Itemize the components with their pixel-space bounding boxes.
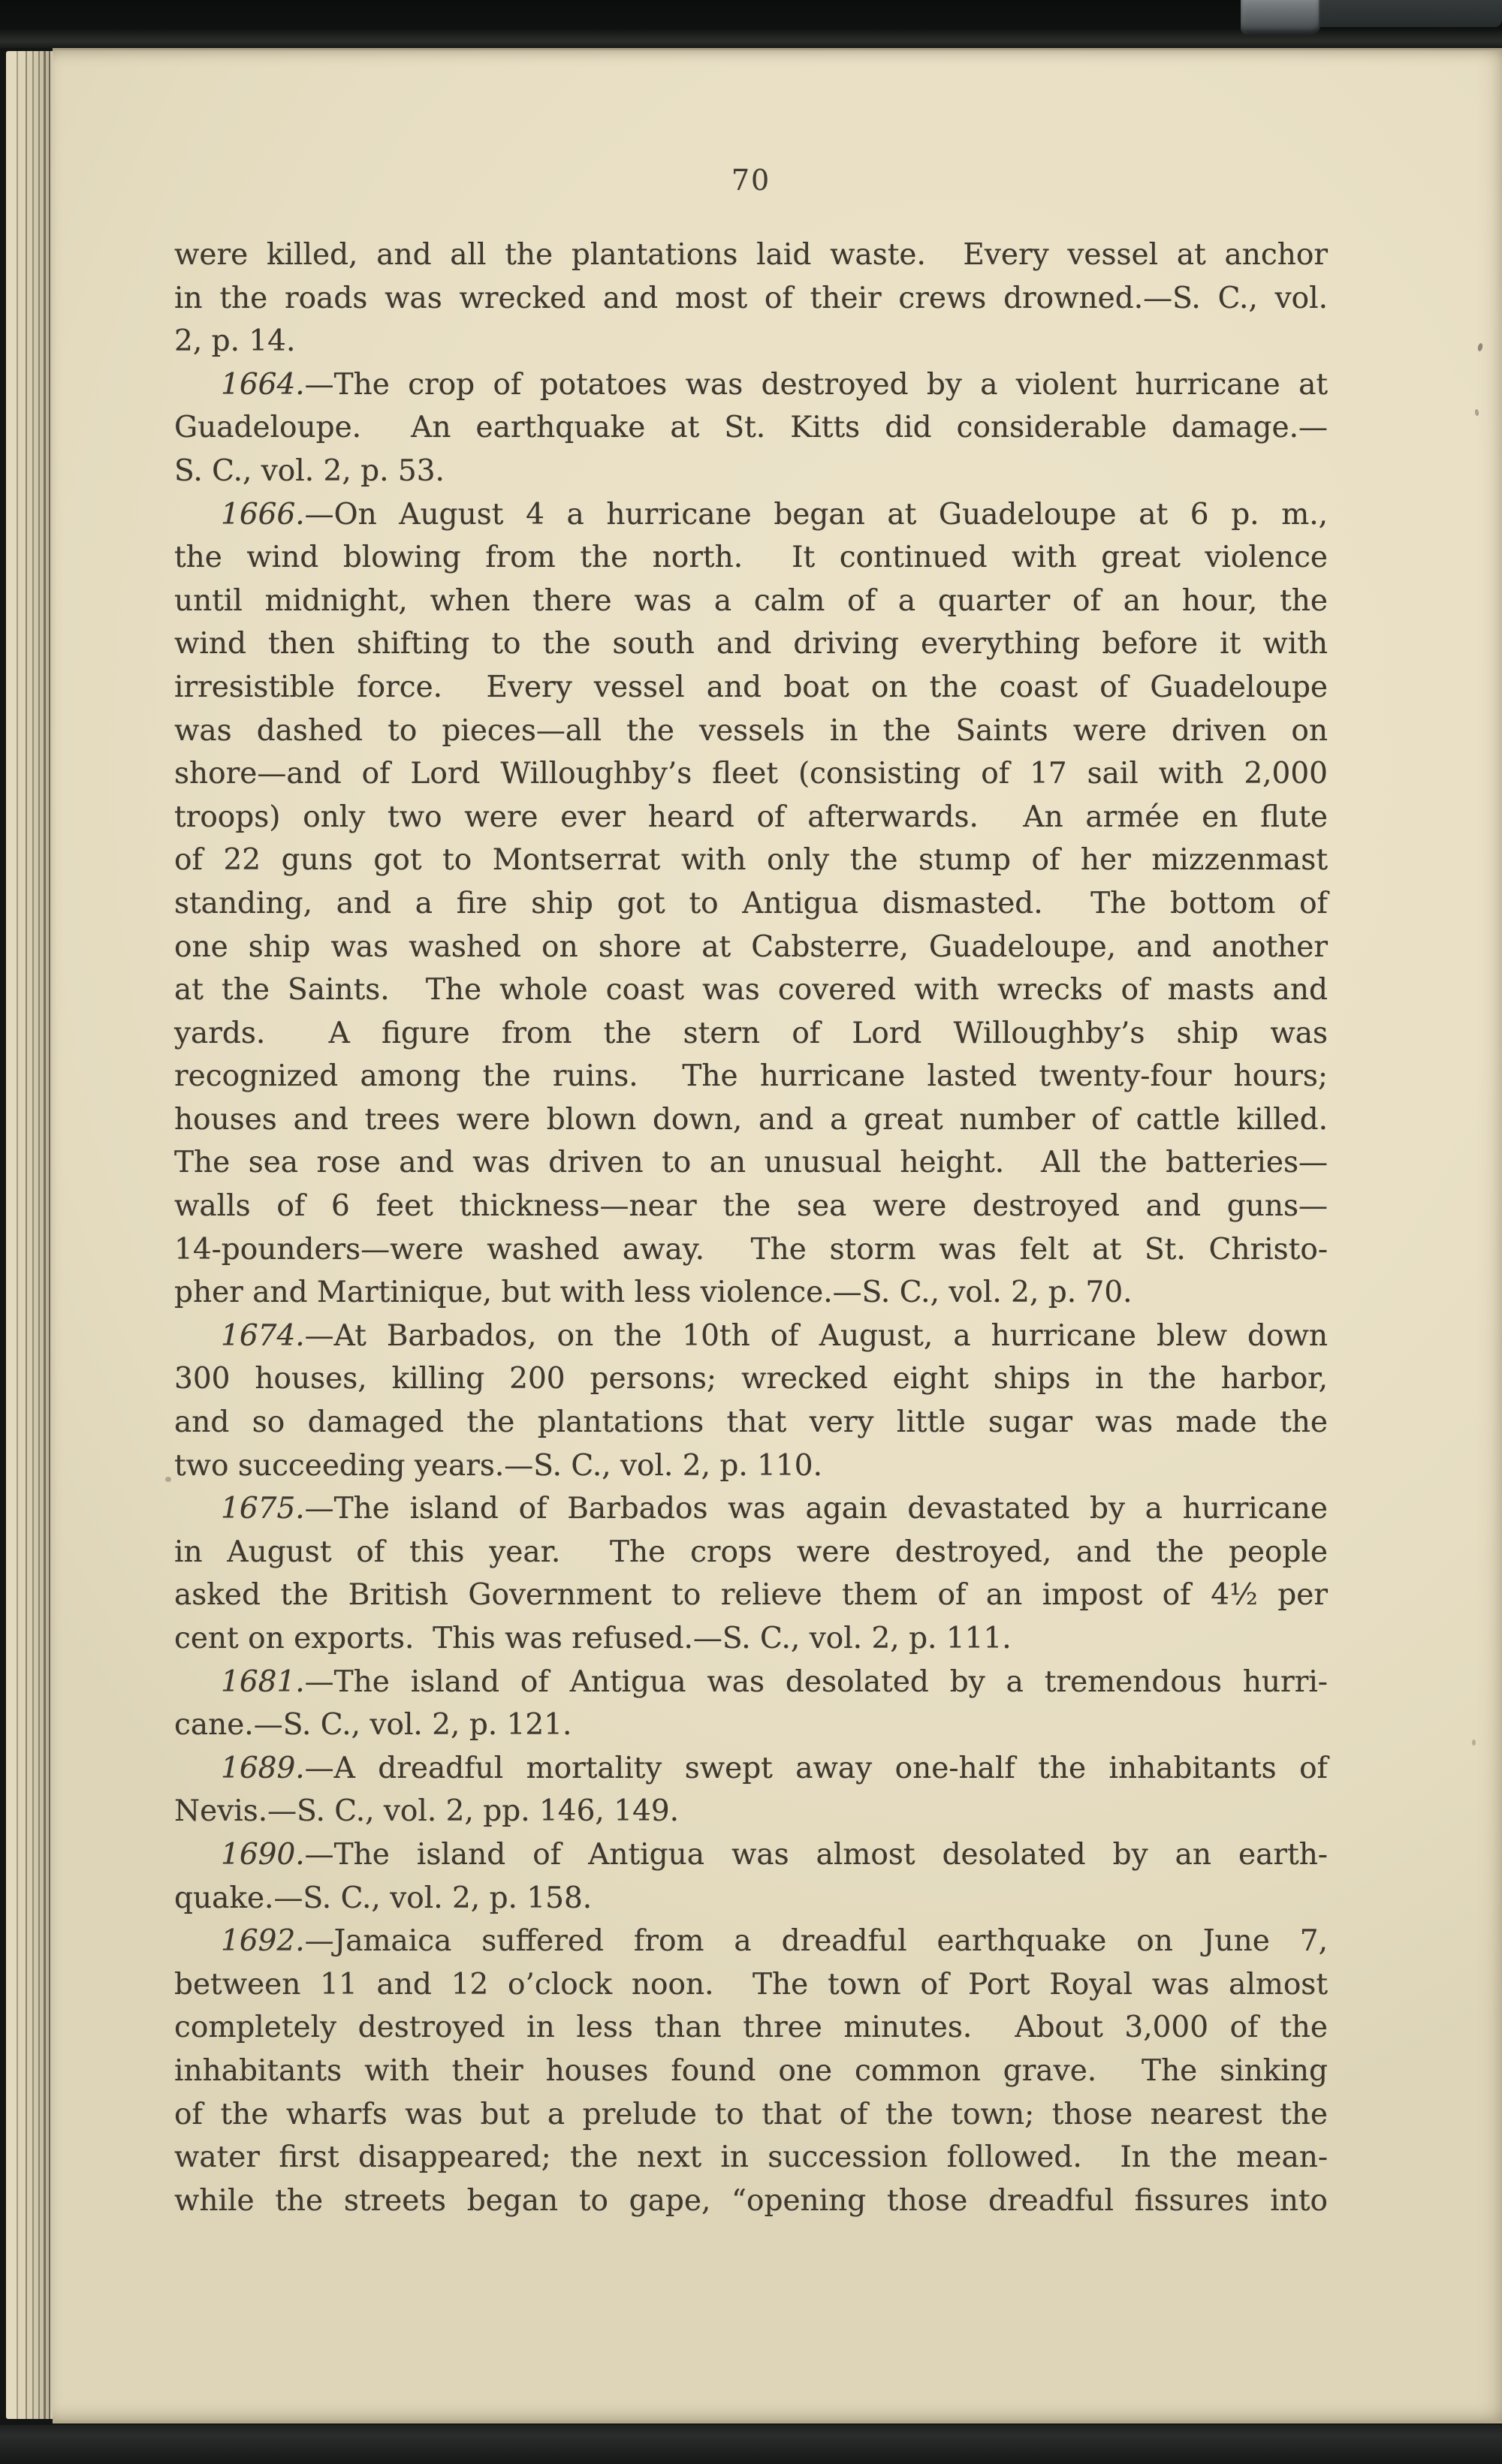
text-line: at the Saints. The whole coast was cover… (174, 968, 1328, 1012)
ink-speck (165, 1477, 171, 1482)
text-line: The sea rose and was driven to an unusua… (174, 1141, 1328, 1185)
year-label: 1692. (221, 1924, 305, 1958)
page-number: 70 (174, 163, 1328, 197)
text-line: of 22 guns got to Montserrat with only t… (174, 839, 1328, 882)
year-label: 1666. (221, 498, 305, 532)
text-line: completely destroyed in less than three … (174, 2006, 1328, 2050)
text-line: walls of 6 feet thickness—near the sea w… (174, 1185, 1328, 1228)
year-label: 1689. (221, 1752, 305, 1785)
ink-speck (1477, 342, 1483, 351)
text-area: 70 were killed, and all the plantations … (174, 163, 1328, 2222)
text-line: 14-pounders—were washed away. The storm … (174, 1228, 1328, 1272)
year-label: 1681. (221, 1665, 305, 1699)
ink-speck (1472, 1740, 1476, 1746)
binding-tab-shadow (1319, 0, 1502, 27)
text-line: one ship was washed on shore at Cabsterr… (174, 926, 1328, 969)
text-line: shore—and of Lord Willoughby’s fleet (co… (174, 752, 1328, 796)
text-line: troops) only two were ever heard of afte… (174, 796, 1328, 839)
text-line: 1666.—On August 4 a hurricane began at G… (174, 493, 1328, 537)
text-line: two succeeding years.—S. C., vol. 2, p. … (174, 1444, 1328, 1488)
text-line: Nevis.—S. C., vol. 2, pp. 146, 149. (174, 1790, 1328, 1833)
ink-speck (1474, 409, 1479, 417)
book-cover-bottom (0, 2425, 1502, 2464)
text-line: in the roads was wrecked and most of the… (174, 277, 1328, 321)
year-label: 1690. (221, 1838, 305, 1872)
text-line: of the wharfs was but a prelude to that … (174, 2093, 1328, 2137)
text-line: 1689.—A dreadful mortality swept away on… (174, 1747, 1328, 1791)
text-line: until midnight, when there was a calm of… (174, 580, 1328, 623)
book-scan: 70 were killed, and all the plantations … (0, 0, 1502, 2464)
year-label: 1664. (221, 368, 305, 402)
page-edge-stack (6, 51, 53, 2419)
text-line: cent on exports. This was refused.—S. C.… (174, 1617, 1328, 1661)
text-line: cane.—S. C., vol. 2, p. 121. (174, 1703, 1328, 1747)
text-line: asked the British Government to relieve … (174, 1574, 1328, 1617)
binding-tab (1241, 0, 1320, 35)
text-line: pher and Martinique, but with less viole… (174, 1271, 1328, 1315)
text-line: water first disappeared; the next in suc… (174, 2136, 1328, 2179)
year-label: 1674. (221, 1319, 305, 1353)
text-line: 2, p. 14. (174, 320, 1328, 363)
text-line: Guadeloupe. An earthquake at St. Kitts d… (174, 406, 1328, 450)
text-line: 1675.—The island of Barbados was again d… (174, 1487, 1328, 1531)
text-line: were killed, and all the plantations lai… (174, 233, 1328, 277)
text-line: and so damaged the plantations that very… (174, 1401, 1328, 1444)
text-line: in August of this year. The crops were d… (174, 1531, 1328, 1574)
text-line: 1690.—The island of Antigua was almost d… (174, 1833, 1328, 1877)
page-sheet: 70 were killed, and all the plantations … (53, 48, 1502, 2423)
text-line: irresistible force. Every vessel and boa… (174, 666, 1328, 709)
text-line: between 11 and 12 o’clock noon. The town… (174, 1963, 1328, 2007)
text-line: inhabitants with their houses found one … (174, 2050, 1328, 2093)
text-line: 1674.—At Barbados, on the 10th of August… (174, 1315, 1328, 1358)
text-line: the wind blowing from the north. It cont… (174, 536, 1328, 580)
text-line: 1681.—The island of Antigua was desolate… (174, 1661, 1328, 1704)
text-line: standing, and a fire ship got to Antigua… (174, 882, 1328, 926)
text-line: S. C., vol. 2, p. 53. (174, 450, 1328, 493)
text-line: 1692.—Jamaica suffered from a dreadful e… (174, 1920, 1328, 1963)
text-line: recognized among the ruins. The hurrican… (174, 1055, 1328, 1098)
year-label: 1675. (221, 1492, 305, 1526)
text-line: houses and trees were blown down, and a … (174, 1098, 1328, 1142)
text-body: were killed, and all the plantations lai… (174, 233, 1328, 2222)
text-line: wind then shifting to the south and driv… (174, 622, 1328, 666)
text-line: yards. A figure from the stern of Lord W… (174, 1012, 1328, 1056)
scanned-page: 70 were killed, and all the plantations … (6, 48, 1502, 2428)
text-line: was dashed to pieces—all the vessels in … (174, 709, 1328, 753)
text-line: 300 houses, killing 200 persons; wrecked… (174, 1357, 1328, 1401)
text-line: 1664.—The crop of potatoes was destroyed… (174, 363, 1328, 407)
text-line: quake.—S. C., vol. 2, p. 158. (174, 1877, 1328, 1920)
text-line: while the streets began to gape, “openin… (174, 2179, 1328, 2223)
